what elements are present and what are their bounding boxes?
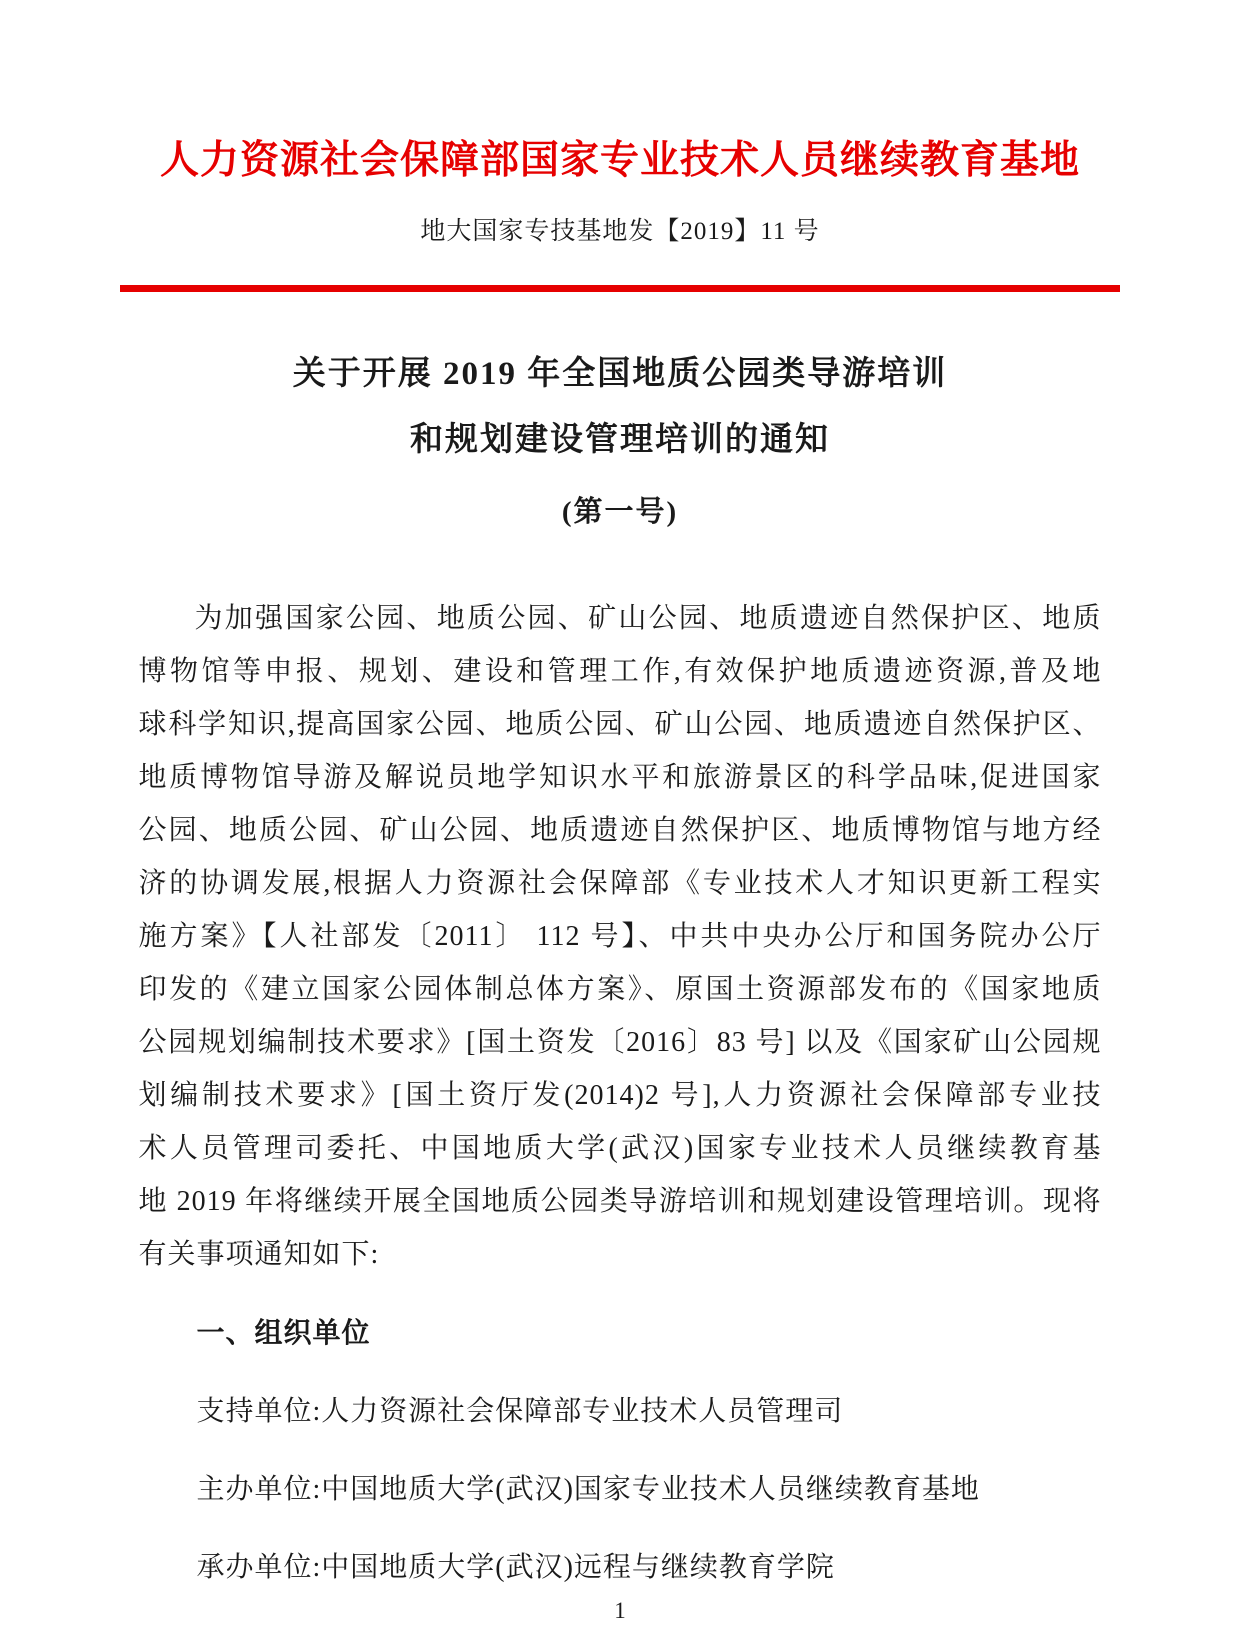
doc-number: 地大国家专技基地发【2019】11 号 (0, 211, 1240, 247)
org-title: 人力资源社会保障部国家专业技术人员继续教育基地 (0, 138, 1240, 185)
page-number: 1 (0, 1598, 1240, 1624)
body-line: 济的协调发展,根据人力资源社会保障部《专业技术人才知识更新工程实 (139, 857, 1102, 910)
body-line: 公园、地质公园、矿山公园、地质遗迹自然保护区、地质博物馆与地方经 (139, 804, 1102, 857)
body-line: 施方案》【人社部发〔2011〕 112 号】、中共中央办公厅和国务院办公厅 (139, 910, 1102, 963)
section-heading-organizing-units: 一、组织单位 (139, 1311, 1102, 1351)
body-line: 地 2019 年将继续开展全国地质公园类导游培训和规划建设管理培训。现将 (139, 1175, 1102, 1228)
body-line: 公园规划编制技术要求》[国土资发〔2016〕83 号] 以及《国家矿山公园规 (139, 1016, 1102, 1069)
notice-title-line1: 关于开展 2019 年全国地质公园类导游培训 (0, 358, 1240, 391)
notice-subtitle: (第一号) (0, 489, 1240, 530)
body-line: 印发的《建立国家公园体制总体方案》、原国土资源部发布的《国家地质 (139, 963, 1102, 1016)
notice-title-line2: 和规划建设管理培训的通知 (0, 424, 1240, 457)
body-line: 术人员管理司委托、中国地质大学(武汉)国家专业技术人员继续教育基 (139, 1122, 1102, 1175)
document-page: 人力资源社会保障部国家专业技术人员继续教育基地 地大国家专技基地发【2019】1… (0, 0, 1240, 1638)
section-item-support-unit: 支持单位:人力资源社会保障部专业技术人员管理司 (139, 1389, 1102, 1429)
body-line: 球科学知识,提高国家公园、地质公园、矿山公园、地质遗迹自然保护区、 (139, 698, 1102, 751)
body-line: 博物馆等申报、规划、建设和管理工作,有效保护地质遗迹资源,普及地 (139, 645, 1102, 698)
body-line: 有关事项通知如下: (139, 1228, 1102, 1281)
section-item-organizer-unit: 承办单位:中国地质大学(武汉)远程与继续教育学院 (139, 1545, 1102, 1585)
header-divider-rule (120, 285, 1120, 292)
body-line: 为加强国家公园、地质公园、矿山公园、地质遗迹自然保护区、地质 (139, 592, 1102, 645)
section-item-host-unit: 主办单位:中国地质大学(武汉)国家专业技术人员继续教育基地 (139, 1467, 1102, 1507)
body-line: 划编制技术要求》[国土资厅发(2014)2 号],人力资源社会保障部专业技 (139, 1069, 1102, 1122)
body-paragraph: 为加强国家公园、地质公园、矿山公园、地质遗迹自然保护区、地质 博物馆等申报、规划… (139, 592, 1102, 1281)
body-line: 地质博物馆导游及解说员地学知识水平和旅游景区的科学品味,促进国家 (139, 751, 1102, 804)
